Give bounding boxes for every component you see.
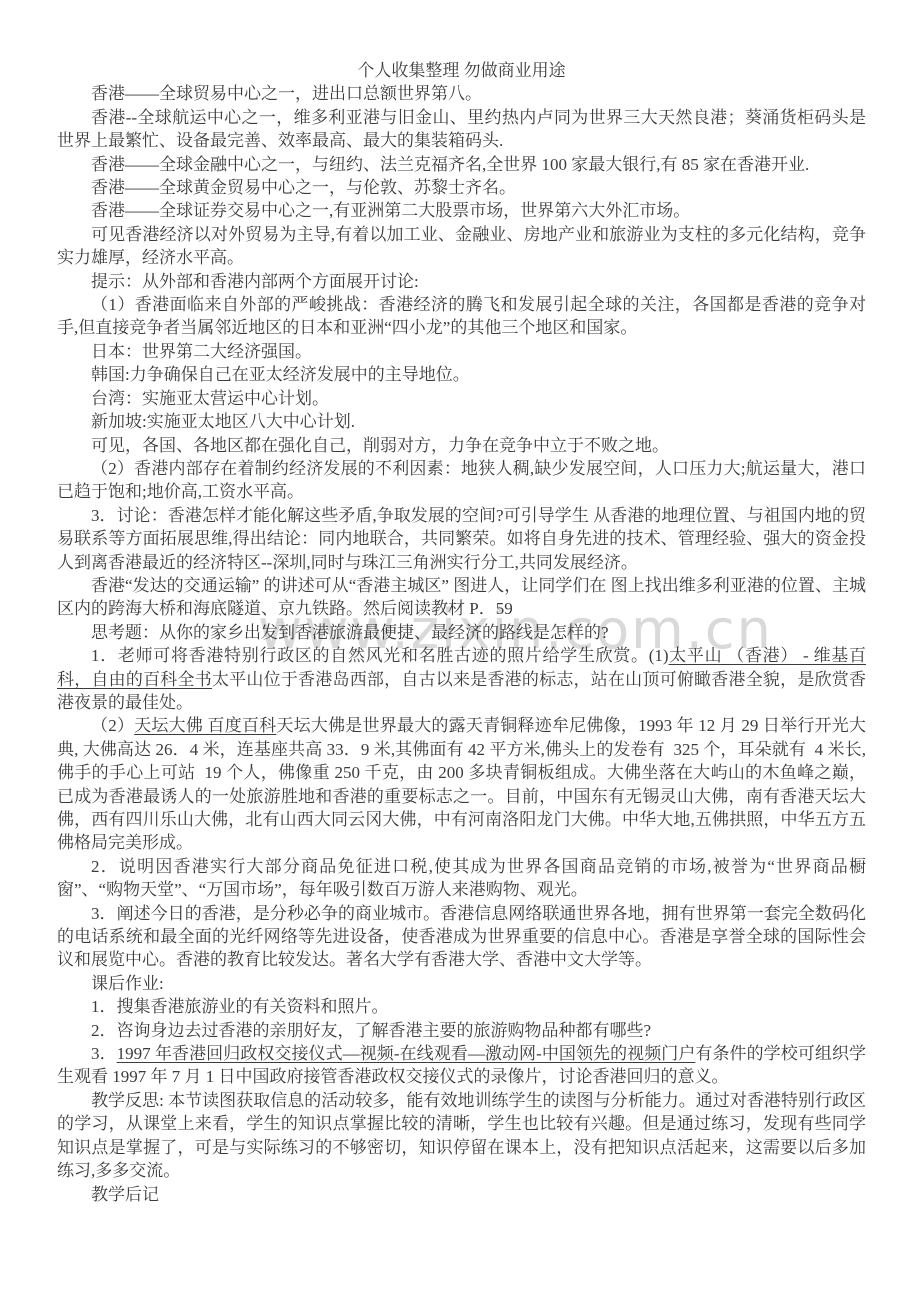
underlined-link-text: 天坛大佛 百度百科 [134, 716, 276, 735]
document-paragraph: （1）香港面临来自外部的严峻挑战：香港经济的腾飞和发展引起全球的关注，各国都是香… [57, 293, 866, 340]
document-page: www.zixin.com.cn 个人收集整理 勿做商业用途 香港——全球贸易中… [0, 0, 920, 1302]
document-paragraph: 课后作业: [57, 972, 866, 995]
text-segment: 2．咨询身边去过香港的亲朋好友，了解香港主要的旅游购物品种都有哪些? [91, 1021, 651, 1040]
document-paragraph: 1．老师可将香港特别行政区的自然风光和名胜古迹的照片给学生欣赏。(1)太平山 （… [57, 644, 866, 714]
text-segment: 香港——全球黄金贸易中心之一，与伦敦、苏黎士齐名。 [91, 178, 516, 197]
document-paragraph: 香港--全球航运中心之一，维多利亚港与旧金山、里约热内卢同为世界三大天然良港；葵… [57, 106, 866, 153]
text-segment: 韩国:力争确保自己在亚太经济发展中的主导地位。 [91, 365, 470, 384]
text-segment: 思考题：从你的家乡出发到香港旅游最便捷、最经济的路线是怎样的? [91, 623, 609, 642]
document-paragraph: 台湾：实施亚太营运中心计划。 [57, 387, 866, 410]
document-paragraph: 提示：从外部和香港内部两个方面展开讨论: [57, 270, 866, 293]
document-paragraph: （2）天坛大佛 百度百科天坛大佛是世界最大的露天青铜释迹牟尼佛像，1993 年 … [57, 714, 866, 854]
document-paragraph: 1．搜集香港旅游业的有关资料和照片。 [57, 995, 866, 1018]
text-segment: （2）香港内部存在着制约经济发展的不利因素：地狭人稠,缺少发展空间，人口压力大;… [57, 459, 866, 501]
text-segment: 香港——全球证券交易中心之一,有亚洲第二大股票市场，世界第六大外汇市场。 [91, 201, 690, 220]
document-paragraph: 可见香港经济以对外贸易为主导,有着以加工业、金融业、房地产业和旅游业为支柱的多元… [57, 223, 866, 270]
document-paragraph: 日本：世界第二大经济强国。 [57, 340, 866, 363]
text-segment: 新加坡:实施亚太地区八大中心计划. [91, 412, 355, 431]
document-paragraph: （2）香港内部存在着制约经济发展的不利因素：地狭人稠,缺少发展空间，人口压力大;… [57, 457, 866, 504]
text-segment: 香港“发达的交通运输” 的讲述可从“香港主城区” 图进人，让同学们在 图上找出维… [57, 576, 866, 618]
document-paragraph: 新加坡:实施亚太地区八大中心计划. [57, 410, 866, 433]
text-segment: 1．搜集香港旅游业的有关资料和照片。 [91, 997, 389, 1016]
document-paragraph: 可见，各国、各地区都在强化自己，削弱对方，力争在竞争中立于不败之地。 [57, 434, 866, 457]
document-paragraph: 香港——全球证券交易中心之一,有亚洲第二大股票市场，世界第六大外汇市场。 [57, 199, 866, 222]
document-paragraph: 3．阐述今日的香港，是分秒必争的商业城市。香港信息网络联通世界各地，拥有世界第一… [57, 902, 866, 972]
text-segment: 天坛大佛是世界最大的露天青铜释迹牟尼佛像，1993 年 12 月 29 日举行开… [57, 716, 866, 852]
text-segment: 香港--全球航运中心之一，维多利亚港与旧金山、里约热内卢同为世界三大天然良港；葵… [57, 108, 866, 150]
document-paragraph: 香港——全球金融中心之一，与纽约、法兰克福齐名,全世界 100 家最大银行,有 … [57, 153, 866, 176]
document-paragraph: 香港——全球贸易中心之一，进出口总额世界第八。 [57, 82, 866, 105]
underlined-link-text: 1997 年香港回归政权交接仪式—视频-在线观看—激动网-中国领先的视频门户 [117, 1044, 696, 1063]
text-segment: 可见，各国、各地区都在强化自己，削弱对方，力争在竞争中立于不败之地。 [91, 436, 669, 455]
text-segment: 教学反思: 本节读图获取信息的活动较多，能有效地训练学生的读图与分析能力。通过对… [57, 1091, 866, 1180]
text-segment: 日本：世界第二大经济强国。 [91, 342, 312, 361]
document-header-notice: 个人收集整理 勿做商业用途 [57, 59, 866, 82]
text-segment: 3．讨论：香港怎样才能化解这些矛盾,争取发展的空间?可引导学生 从香港的地理位置… [57, 506, 866, 572]
text-segment: 1．老师可将香港特别行政区的自然风光和名胜古迹的照片给学生欣赏。(1) [91, 646, 669, 665]
text-segment: 3． [91, 1044, 117, 1063]
document-paragraph: 教学后记 [57, 1183, 866, 1206]
document-paragraph: 3．1997 年香港回归政权交接仪式—视频-在线观看—激动网-中国领先的视频门户… [57, 1042, 866, 1089]
text-segment: 香港——全球金融中心之一，与纽约、法兰克福齐名,全世界 100 家最大银行,有 … [91, 155, 809, 174]
text-segment: 提示：从外部和香港内部两个方面展开讨论: [91, 272, 419, 291]
text-segment: 2．说明因香港实行大部分商品免征进口税,使其成为世界各国商品竞销的市场,被誉为“… [57, 857, 866, 899]
document-paragraph: 香港“发达的交通运输” 的讲述可从“香港主城区” 图进人，让同学们在 图上找出维… [57, 574, 866, 621]
paragraph-container: 香港——全球贸易中心之一，进出口总额世界第八。香港--全球航运中心之一，维多利亚… [57, 82, 866, 1206]
document-paragraph: 教学反思: 本节读图获取信息的活动较多，能有效地训练学生的读图与分析能力。通过对… [57, 1089, 866, 1183]
text-segment: 台湾：实施亚太营运中心计划。 [91, 389, 329, 408]
text-segment: （1）香港面临来自外部的严峻挑战：香港经济的腾飞和发展引起全球的关注，各国都是香… [57, 295, 866, 337]
text-segment: （2） [91, 716, 134, 735]
document-paragraph: 2．说明因香港实行大部分商品免征进口税,使其成为世界各国商品竞销的市场,被誉为“… [57, 855, 866, 902]
document-paragraph: 思考题：从你的家乡出发到香港旅游最便捷、最经济的路线是怎样的? [57, 621, 866, 644]
document-paragraph: 3．讨论：香港怎样才能化解这些矛盾,争取发展的空间?可引导学生 从香港的地理位置… [57, 504, 866, 574]
document-body: 个人收集整理 勿做商业用途 香港——全球贸易中心之一，进出口总额世界第八。香港-… [57, 59, 866, 1206]
document-paragraph: 韩国:力争确保自己在亚太经济发展中的主导地位。 [57, 363, 866, 386]
document-paragraph: 2．咨询身边去过香港的亲朋好友，了解香港主要的旅游购物品种都有哪些? [57, 1019, 866, 1042]
text-segment: 教学后记 [91, 1185, 159, 1204]
text-segment: 课后作业: [91, 974, 164, 993]
document-paragraph: 香港——全球黄金贸易中心之一，与伦敦、苏黎士齐名。 [57, 176, 866, 199]
text-segment: 3．阐述今日的香港，是分秒必争的商业城市。香港信息网络联通世界各地，拥有世界第一… [57, 904, 866, 970]
text-segment: 可见香港经济以对外贸易为主导,有着以加工业、金融业、房地产业和旅游业为支柱的多元… [57, 225, 866, 267]
text-segment: 香港——全球贸易中心之一，进出口总额世界第八。 [91, 84, 482, 103]
